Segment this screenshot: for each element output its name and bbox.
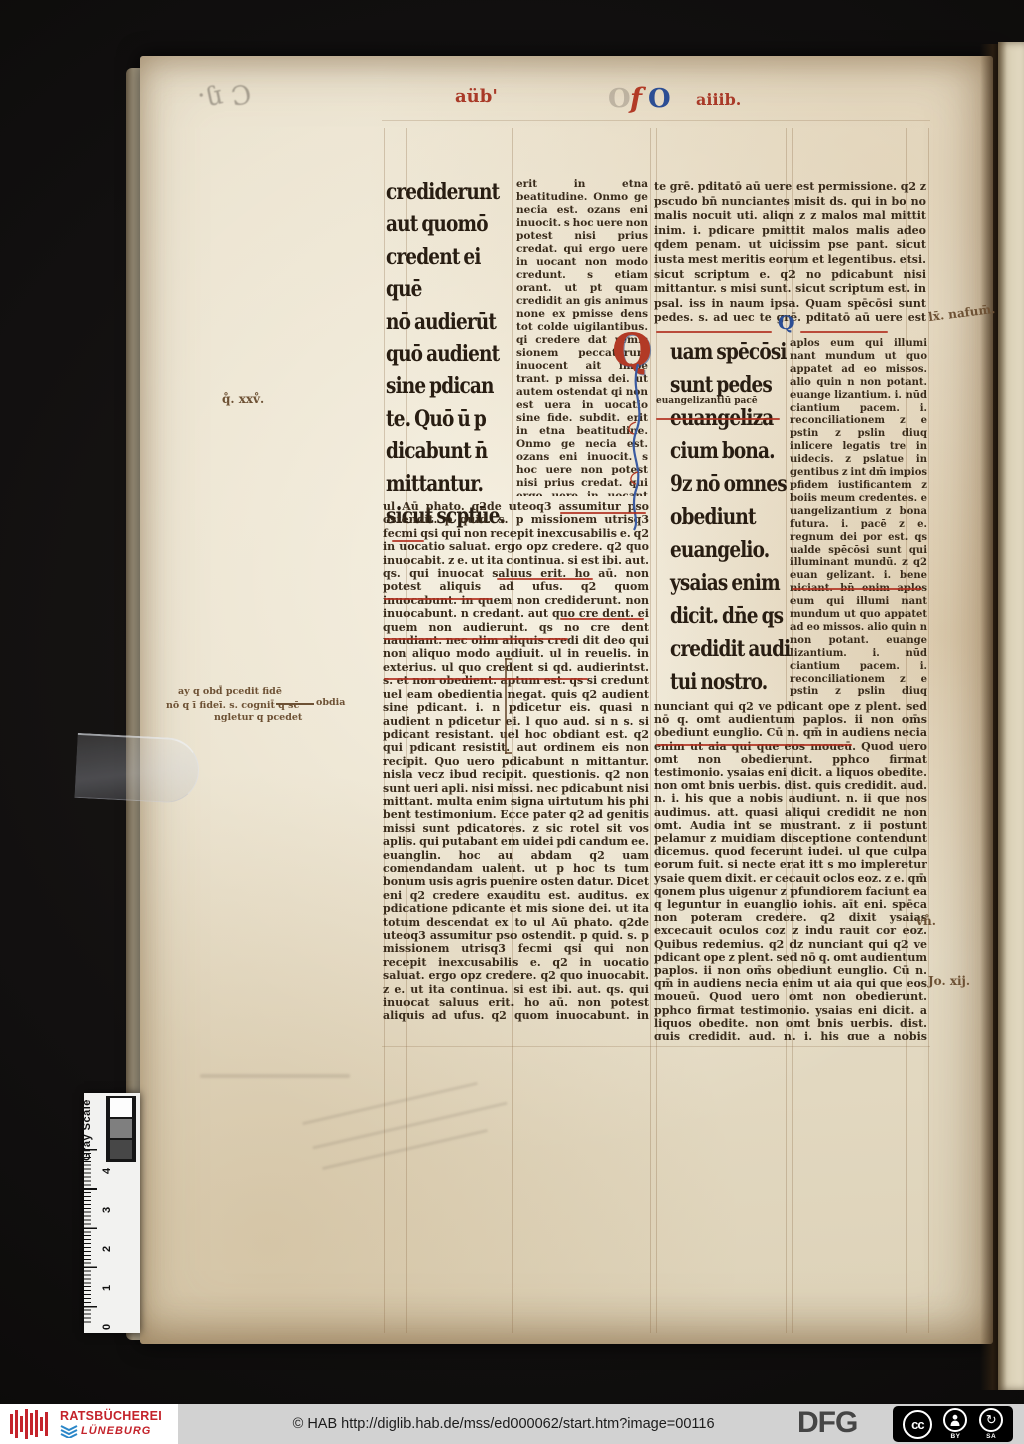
ruling-line: [928, 128, 929, 1333]
margin-note-left-link: obdia: [316, 697, 345, 708]
small-blue-initial: Q: [778, 312, 795, 334]
folio-number-right: aiiib.: [696, 90, 741, 109]
margin-note-left-line1: ay q obd̄ pcedit fidē: [178, 686, 282, 697]
red-underline: [560, 618, 644, 620]
red-underline: [656, 744, 852, 746]
margin-note-right-bottom: Jo. xij.: [928, 974, 970, 988]
red-underline: [656, 418, 780, 420]
share-alike-arrow-icon: ↻: [979, 1408, 1003, 1432]
page-holder-clip: [74, 733, 200, 804]
ruler-number: 4: [101, 1160, 113, 1174]
sa-label: SA: [986, 1433, 996, 1440]
ruler-number: 1: [101, 1277, 113, 1291]
cc-icon: cc: [903, 1410, 932, 1439]
ruler-number: 2: [101, 1238, 113, 1252]
bible-lemma-column-left: crediderunt aut quomō credent ei quē nō …: [386, 176, 512, 532]
open-book-icon: [60, 1424, 78, 1438]
red-underline: [656, 331, 772, 333]
institution-name: RATSBÜCHEREI: [60, 1410, 162, 1423]
folio-number-left: aüb': [455, 86, 498, 107]
marginal-bracket: [505, 658, 513, 754]
footer-bar: RATSBÜCHEREI LÜNEBURG © HAB http://digli…: [0, 1404, 1024, 1444]
red-underline: [800, 331, 888, 333]
facing-page-edge: [998, 42, 1024, 1390]
ruling-line: [650, 128, 651, 1333]
ruling-line: [382, 120, 930, 121]
gloss-block-lower-right: nunciant qui q2 ve pdicant ope z plent. …: [654, 700, 927, 1040]
copyright-url-link[interactable]: © HAB http://diglib.hab.de/mss/ed000062/…: [293, 1404, 715, 1444]
ruling-line: [382, 1046, 930, 1047]
ruler-number: 3: [101, 1199, 113, 1213]
margin-note-left-number: q̊. xxv̊.: [222, 392, 264, 406]
gloss-column-right: aplos eum qui illumi nant mundum ut quo …: [790, 338, 927, 698]
red-underline: [384, 598, 492, 600]
ruler-ticks-cm: [84, 1149, 97, 1326]
red-underline: [392, 540, 424, 542]
attribution-person-icon: [943, 1408, 967, 1432]
running-title-ghost-letter: O: [608, 84, 631, 114]
gray-patch-dark: [110, 1140, 132, 1159]
running-title-red-letter: f: [630, 82, 642, 115]
red-underline: [497, 578, 593, 580]
penwork-flourish: [616, 362, 656, 532]
gray-patch-white: [110, 1098, 132, 1117]
margin-note-left-line2: nō q ī fideī. s. cognit̄ q sc̄: [166, 700, 299, 711]
red-underline: [384, 638, 568, 640]
ratsbuecherei-logo[interactable]: RATSBÜCHEREI LÜNEBURG: [0, 1404, 178, 1444]
logo-bars-icon: [8, 1408, 54, 1440]
running-title-blue-letter: O: [648, 84, 671, 114]
gray-patch-mid: [110, 1119, 132, 1138]
digitized-manuscript-view: C ŋ. aüb' O f O aiiib. crediderunt aut q…: [0, 0, 1024, 1444]
margin-note-connector: [276, 703, 314, 705]
book-gutter-shadow: [980, 44, 998, 1390]
cc-by-sa-license-badge[interactable]: cc BY ↻ SA: [893, 1406, 1013, 1442]
red-underline: [384, 678, 588, 680]
gloss-block-upper-right: te grē. pditatō aū uere est permissione.…: [654, 180, 926, 326]
interlinear-gloss: euangelizantiū pacē: [656, 396, 758, 406]
dfg-logo[interactable]: DFG: [797, 1406, 857, 1440]
by-label: BY: [950, 1433, 960, 1440]
red-underline: [560, 512, 646, 514]
show-through-mark: [200, 1074, 350, 1078]
red-underline: [792, 588, 922, 590]
bible-lemma-column-right: uam spēcōsi sunt pedes euangeliza cium b…: [670, 336, 796, 699]
margin-note-right-mid: vn̊.: [916, 914, 936, 928]
institution-city: LÜNEBURG: [81, 1426, 151, 1437]
gray-scale-card: Gray Scale 4 3 2 1 0: [84, 1093, 140, 1333]
ruler-number: 0: [101, 1316, 113, 1330]
margin-note-left-line3: ngletur q pcedet: [214, 712, 302, 723]
